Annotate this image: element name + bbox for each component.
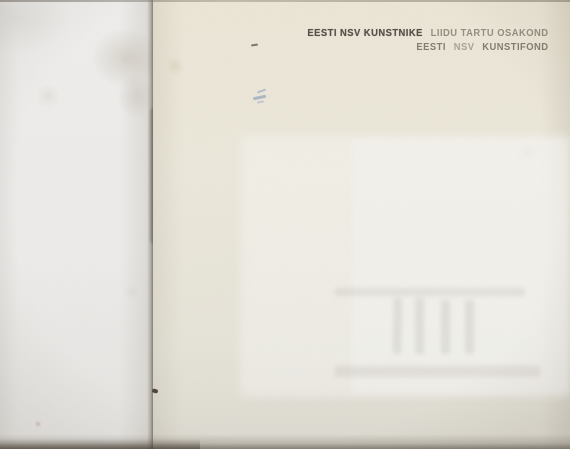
blue-pencil-mark — [257, 89, 266, 94]
right-page: EESTI NSV KUNSTNIKE LIIDU TARTU OSAKOND … — [153, 0, 570, 449]
ghost-print-bar — [393, 298, 403, 354]
stamp-text-segment: KUNSTIFOND — [483, 42, 549, 53]
ghost-print-bar — [465, 300, 474, 354]
page-show-through-inner — [352, 138, 570, 394]
stamp-text-segment: EESTI — [417, 42, 447, 53]
blue-pencil-mark — [257, 100, 264, 103]
pencil-dash-mark — [251, 44, 258, 47]
ghost-print-band — [335, 366, 540, 377]
stamp-text-segment: NSV — [454, 42, 475, 53]
ghost-print-bar — [441, 300, 450, 354]
ownership-stamp: EESTI NSV KUNSTNIKE LIIDU TARTU OSAKOND … — [308, 27, 549, 55]
ghost-print-bar — [415, 298, 424, 354]
stamp-text-segment: EESTI NSV KUNSTNIKE — [308, 28, 423, 39]
stamp-line-1: EESTI NSV KUNSTNIKE LIIDU TARTU OSAKOND — [308, 27, 549, 41]
ghost-print-band — [335, 288, 525, 296]
stamp-line-2: EESTI NSV KUNSTIFOND — [308, 41, 549, 55]
photo-top-edge — [0, 0, 570, 2]
photo-bottom-shadow-left — [0, 439, 200, 449]
blue-pencil-mark — [253, 95, 266, 100]
left-page — [0, 0, 153, 449]
book-spread-photo: EESTI NSV KUNSTNIKE LIIDU TARTU OSAKOND … — [0, 0, 570, 449]
stamp-text-segment: LIIDU TARTU OSAKOND — [431, 28, 549, 39]
